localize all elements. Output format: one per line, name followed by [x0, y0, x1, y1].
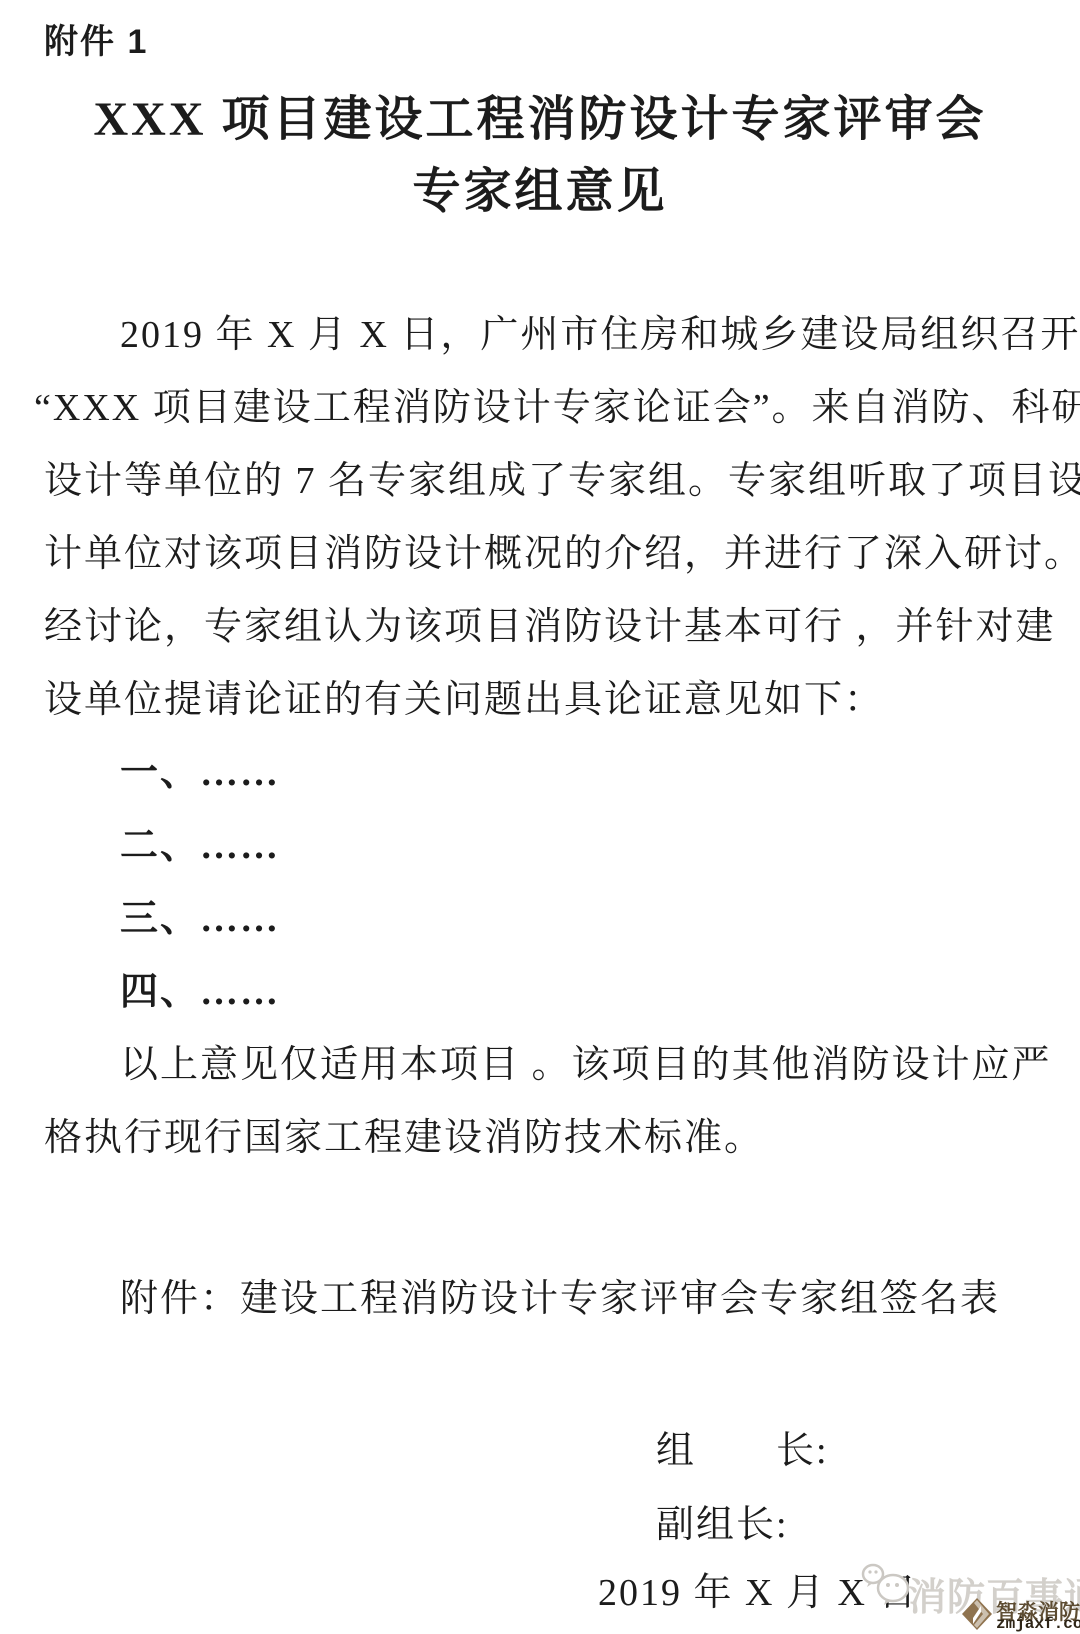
wechat-icon — [860, 1562, 912, 1611]
signature-leader-label: 组 长: — [656, 1428, 829, 1474]
body-line-2: “XXX 项目建设工程消防设计专家论证会”。来自消防、科研、 — [34, 385, 1080, 431]
attachment-note: 附件：建设工程消防设计专家评审会专家组签名表 — [120, 1276, 1000, 1322]
body-line-1: 2019 年 X 月 X 日，广州市住房和城乡建设局组织召开了 — [120, 312, 1080, 358]
document-title-line1: XXX 项目建设工程消防设计专家评审会 — [0, 80, 1080, 149]
body-line-3: 设计等单位的 7 名专家组成了专家组。专家组听取了项目设 — [44, 458, 1080, 504]
body-line-6: 设单位提请论证的有关问题出具论证意见如下： — [44, 677, 884, 723]
document-title-line2: 专家组意见 — [0, 152, 1080, 221]
body-line-12: 格执行现行国家工程建设消防技术标准。 — [44, 1115, 764, 1161]
vendor-url-text: zmjaxf.com — [996, 1615, 1080, 1633]
list-item-3: 三、…… — [120, 896, 280, 942]
scanned-document-page: 附件 1 XXX 项目建设工程消防设计专家评审会 专家组意见 2019 年 X … — [0, 0, 1080, 1634]
body-line-4: 计单位对该项目消防设计概况的介绍，并进行了深入研讨。 — [44, 531, 1080, 577]
attachment-label: 附件 1 — [44, 14, 148, 63]
list-item-2: 二、…… — [120, 823, 280, 869]
signature-deputy-label: 副组长: — [656, 1502, 789, 1548]
body-line-11: 以上意见仅适用本项目 。该项目的其他消防设计应严 — [120, 1042, 1052, 1088]
list-item-1: 一、…… — [120, 750, 280, 796]
list-item-4: 四、…… — [120, 969, 280, 1015]
vendor-diamond-icon — [962, 1598, 992, 1634]
body-line-5: 经讨论，专家组认为该项目消防设计基本可行 ，并针对建 — [44, 604, 1056, 650]
